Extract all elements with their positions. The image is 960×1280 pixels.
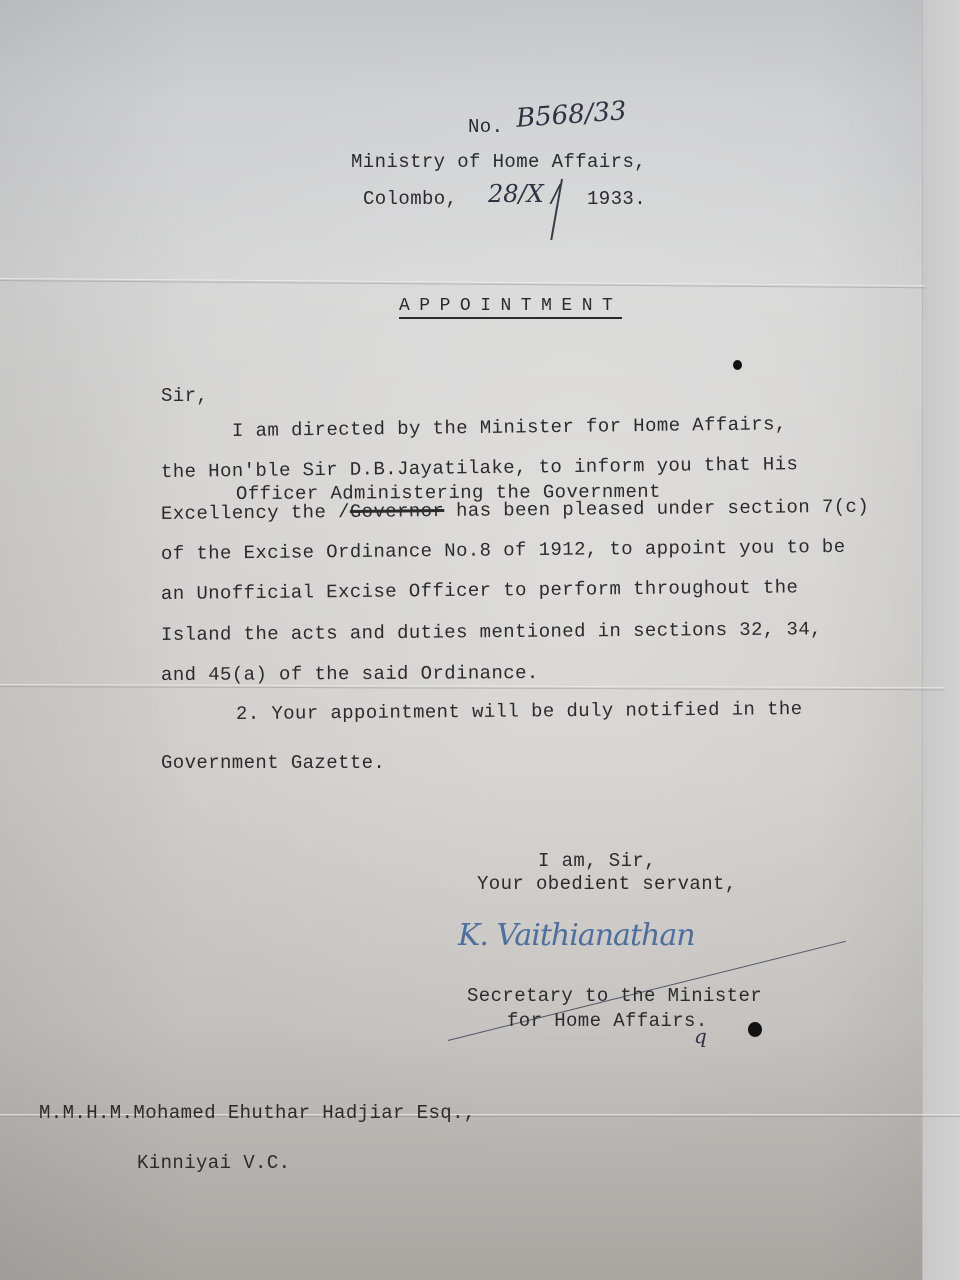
addressee-name: M.M.H.M.Mohamed Ehuthar Hadjiar Esq., bbox=[39, 1102, 476, 1124]
fold-line bbox=[0, 684, 945, 690]
signatory-title-1: Secretary to the Minister bbox=[467, 985, 762, 1007]
body-line-7: and 45(a) of the said Ordinance. bbox=[161, 662, 539, 686]
place-name: Colombo, bbox=[363, 188, 457, 210]
document-title: APPOINTMENT bbox=[399, 296, 622, 319]
reference-label: No. bbox=[468, 116, 503, 138]
body-line-4: of the Excise Ordinance No.8 of 1912, to… bbox=[161, 536, 846, 565]
struck-word: Governor bbox=[350, 500, 445, 523]
body-line-1: I am directed by the Minister for Home A… bbox=[232, 413, 787, 442]
reference-number: B568/33 bbox=[515, 96, 627, 134]
date-handwritten: 28/X / bbox=[488, 180, 559, 208]
ink-dot bbox=[733, 360, 742, 370]
addressee-location: Kinniyai V.C. bbox=[137, 1152, 290, 1174]
paper-edge bbox=[922, 0, 960, 1280]
body-para2-line-1: 2. Your appointment will be duly notifie… bbox=[236, 698, 803, 725]
ministry-name: Ministry of Home Affairs, bbox=[351, 151, 646, 173]
signature: K. Vaithianathan bbox=[458, 918, 695, 953]
salutation: Sir, bbox=[161, 385, 208, 407]
closing-line-2: Your obedient servant, bbox=[477, 873, 737, 895]
body-line-5: an Unofficial Excise Officer to perform … bbox=[161, 576, 799, 605]
closing-line-1: I am, Sir, bbox=[538, 850, 656, 872]
signatory-title-2: for Home Affairs. bbox=[507, 1010, 708, 1032]
body-line-2: the Hon'ble Sir D.B.Jayatilake, to infor… bbox=[161, 453, 799, 483]
body-para2-line-2: Government Gazette. bbox=[161, 752, 385, 774]
initial-mark: q bbox=[694, 1024, 707, 1048]
document-page: No. B568/33 Ministry of Home Affairs, Co… bbox=[0, 0, 960, 1280]
body-line-3-rest: has been pleased under section 7(c) bbox=[444, 496, 869, 522]
fold-line bbox=[0, 278, 925, 288]
date-year: 1933. bbox=[587, 188, 646, 210]
ink-dot bbox=[748, 1022, 762, 1037]
body-line-6: Island the acts and duties mentioned in … bbox=[161, 618, 822, 646]
